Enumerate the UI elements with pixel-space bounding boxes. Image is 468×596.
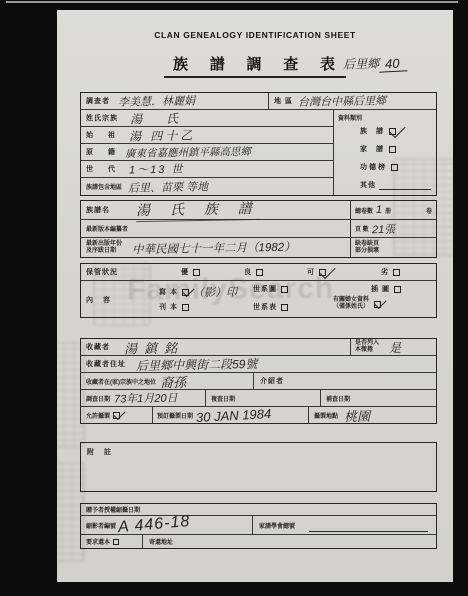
listed-label-line2: 本微捲: [355, 347, 379, 354]
checkbox-printed: [182, 304, 189, 311]
condition-section: 保管狀況 優 良 可 劣 內 容 寫 本 （影）印: [80, 263, 437, 318]
women-data-label-line2: （僅係姓氏）: [333, 304, 369, 311]
category-option-merit: 功德榜: [360, 162, 398, 172]
paper-sheet: FamilySearch CLAN GENEALOGY IDENTIFICATI…: [57, 10, 453, 582]
surveyor-value: 李美慧．林麗娟: [118, 92, 195, 109]
origin-label: 原 籍: [86, 147, 119, 157]
condition-option-poor-label: 劣: [381, 267, 389, 277]
film-number-label: 縮影者編號: [86, 521, 116, 530]
identity-section: 調查者 李美慧．林麗娟 地 區 台灣台中縣后里鄉 姓氏宗族 湯 氏 始 祖 湯: [80, 92, 437, 196]
category-label: 資料類別: [338, 113, 362, 122]
women-data-label: 有關婦女資料 （僅係姓氏）: [333, 297, 369, 311]
survey-date-label: 調查日期: [86, 394, 110, 403]
content-option-pedigree-chart-label: 世系圖: [253, 284, 277, 294]
corner-note-town: 后里鄉: [343, 55, 379, 73]
checkbox-request-return: [113, 539, 119, 545]
pages-label: 頁 數: [355, 224, 369, 233]
genealogy-title-label: 族譜名: [86, 205, 110, 215]
condition-option-excellent: 優: [181, 267, 200, 277]
holder-address-label: 收藏者住址: [86, 359, 126, 369]
checkbox-good: [256, 269, 263, 276]
volumes-unit-ce: 册: [385, 206, 391, 215]
listed-label-line1: 是否列入: [355, 340, 379, 347]
category-option-merit-label: 功德榜: [360, 162, 387, 172]
checkbox-family-genealogy: [389, 146, 396, 153]
listed-value: 是: [389, 338, 401, 355]
publication-date-label-line2: 及序跋日期: [86, 248, 122, 255]
sheet-title-en: CLAN GENEALOGY IDENTIFICATION SHEET: [57, 30, 453, 40]
clan-value: 湯 氏: [130, 109, 184, 127]
filming-place-value: 桃園: [344, 406, 370, 425]
checkbox-illustrations: [394, 286, 401, 293]
women-data-label-line1: 有關婦女資料: [333, 297, 369, 304]
holder-value: 湯鎮銘: [124, 337, 184, 357]
clan-label: 姓氏宗族: [86, 113, 118, 123]
content-option-printed-label: 刊 本: [159, 302, 178, 312]
condition-option-good-label: 良: [244, 267, 252, 277]
ancestor-value: 湯 四十乙: [129, 126, 196, 144]
condition-option-good: 良: [244, 267, 263, 277]
volumes-value: 1: [376, 204, 382, 216]
grant-date-label: 贈予者授權縮攝日期: [86, 505, 140, 514]
listed-label: 是否列入 本微捲: [355, 340, 379, 354]
missing-pages-label-line1: 缺卷缺頁: [355, 241, 379, 248]
coverage-label: 族譜包含地區: [86, 182, 122, 191]
missing-pages-label-line2: 部分損壞: [355, 248, 379, 255]
request-return-label: 要求還本: [86, 537, 110, 546]
scheduled-filming-label: 預訂攝製日期: [157, 411, 193, 420]
volumes-unit-juan: 卷: [426, 206, 432, 215]
scan-edge-artifact: [6, 1, 458, 3]
checkmark-icon: [389, 121, 405, 137]
checkbox-poor: [393, 269, 400, 276]
pages-value: 21張: [372, 220, 396, 236]
category-option-family-label: 家 譜: [360, 144, 384, 154]
introducer-label: 介紹者: [260, 376, 284, 386]
publication-date-label: 最新出版年份 及序跋日期: [86, 241, 122, 255]
society-number-blank-line: [309, 519, 428, 532]
holder-role-label: 收藏者在(家)宗族中之地位: [86, 377, 156, 386]
holder-label: 收藏者: [86, 342, 110, 352]
category-option-other: 其他: [360, 180, 431, 190]
checkmark-icon: [375, 296, 387, 308]
holder-section: 收藏者 湯鎮銘 是否列入 本微捲 是 收藏者住址 后里鄉中興街二段59號 收藏者…: [80, 338, 437, 424]
condition-label: 保管狀況: [86, 267, 118, 277]
recheck-date-label: 複查日期: [211, 394, 235, 403]
allow-filming-label: 允許攝製: [86, 411, 110, 420]
survey-date-value: 73年1月20日: [114, 389, 178, 406]
title-section: 族譜名 湯 氏 族 譜 總卷數 1 册 卷 最新版本編纂者 頁 數 21張: [80, 200, 437, 258]
checkbox-pedigree-table: [281, 304, 288, 311]
content-option-illustrations-label: 插 圖: [371, 284, 390, 294]
holder-address-value: 后里鄉中興街二段59號: [136, 354, 258, 373]
other-blank-line: [379, 189, 431, 190]
generations-label: 世 代: [86, 164, 119, 174]
surveyor-label: 調查者: [86, 96, 110, 106]
checkbox-women-data: [374, 301, 381, 308]
checkbox-manuscript: [182, 289, 189, 296]
missing-pages-label: 缺卷缺頁 部分損壞: [355, 241, 379, 255]
content-option-pedigree-chart: 世系圖: [253, 284, 288, 294]
scheduled-filming-value: 30 JAN 1984: [196, 406, 272, 425]
microfilm-section: 贈予者授權縮攝日期 縮影者編號 A 446-18 家譜學會總號 要求還本: [80, 503, 437, 549]
society-number-label: 家譜學會總號: [259, 521, 295, 530]
content-option-pedigree-table-label: 世系表: [253, 302, 277, 312]
filming-place-label: 攝製地點: [314, 411, 338, 420]
condition-option-fair: 可: [307, 267, 326, 277]
checkbox-fair: [319, 269, 326, 276]
genealogy-title-value: 湯 氏 族 譜: [136, 198, 260, 222]
checkmark-icon: [114, 408, 126, 420]
checkbox-pedigree-chart: [281, 286, 288, 293]
holder-role-value: 裔孫: [160, 371, 186, 390]
sheet-title-cn-text: 族 譜 調 查 表: [164, 57, 346, 78]
supplement-date-label: 補查日期: [326, 394, 350, 403]
content-option-printed: 刊 本: [159, 302, 189, 312]
category-option-family: 家 譜: [360, 144, 396, 154]
checkbox-excellent: [193, 269, 200, 276]
volumes-label: 總卷數: [355, 206, 373, 215]
area-value: 台灣台中縣后里鄉: [298, 92, 386, 110]
publication-date-value: 中華民國七十一年二月（1982）: [132, 238, 296, 257]
return-address-label: 寄還地址: [149, 537, 173, 546]
category-option-other-label: 其他: [360, 180, 376, 190]
ancestor-label: 始 祖: [86, 130, 119, 140]
film-number-value: A 446-18: [117, 513, 191, 537]
checkbox-merit-board: [391, 164, 398, 171]
category-option-clan: 族 譜: [360, 126, 396, 136]
corner-note-number: 40: [379, 55, 408, 72]
content-option-pedigree-table: 世系表: [253, 302, 288, 312]
notes-label: 附 註: [87, 447, 115, 457]
condition-option-poor: 劣: [381, 267, 400, 277]
corner-note: 后里鄉 40: [343, 55, 407, 72]
content-option-manuscript-label: 寫 本: [159, 287, 178, 297]
notes-section: 附 註: [80, 442, 437, 492]
condition-option-fair-label: 可: [307, 267, 315, 277]
coverage-value: 后里、苗栗 等地: [128, 178, 208, 195]
publication-date-label-line1: 最新出版年份: [86, 241, 122, 248]
category-option-clan-label: 族 譜: [360, 126, 384, 136]
scanned-page: FamilySearch CLAN GENEALOGY IDENTIFICATI…: [0, 0, 468, 596]
content-option-manuscript: 寫 本 （影）印: [159, 284, 237, 300]
generations-value: 1～13 世: [129, 161, 185, 178]
area-label: 地 區: [274, 96, 293, 106]
checkmark-icon: [319, 262, 335, 278]
content-option-women-data: 有關婦女資料 （僅係姓氏）: [333, 297, 381, 311]
checkbox-clan-genealogy: [389, 128, 396, 135]
checkbox-allow-filming: [113, 412, 120, 419]
content-label: 內 容: [86, 295, 114, 305]
condition-option-excellent-label: 優: [181, 267, 189, 277]
content-option-illustrations: 插 圖: [371, 284, 401, 294]
latest-editor-label: 最新版本編纂者: [86, 224, 128, 233]
manuscript-note: （影）印: [193, 284, 237, 301]
category-cell: 資料類別 族 譜 家 譜 功德榜 其他: [334, 110, 436, 195]
origin-value: 廣東省嘉應州鎮平縣高思鄉: [125, 143, 251, 160]
